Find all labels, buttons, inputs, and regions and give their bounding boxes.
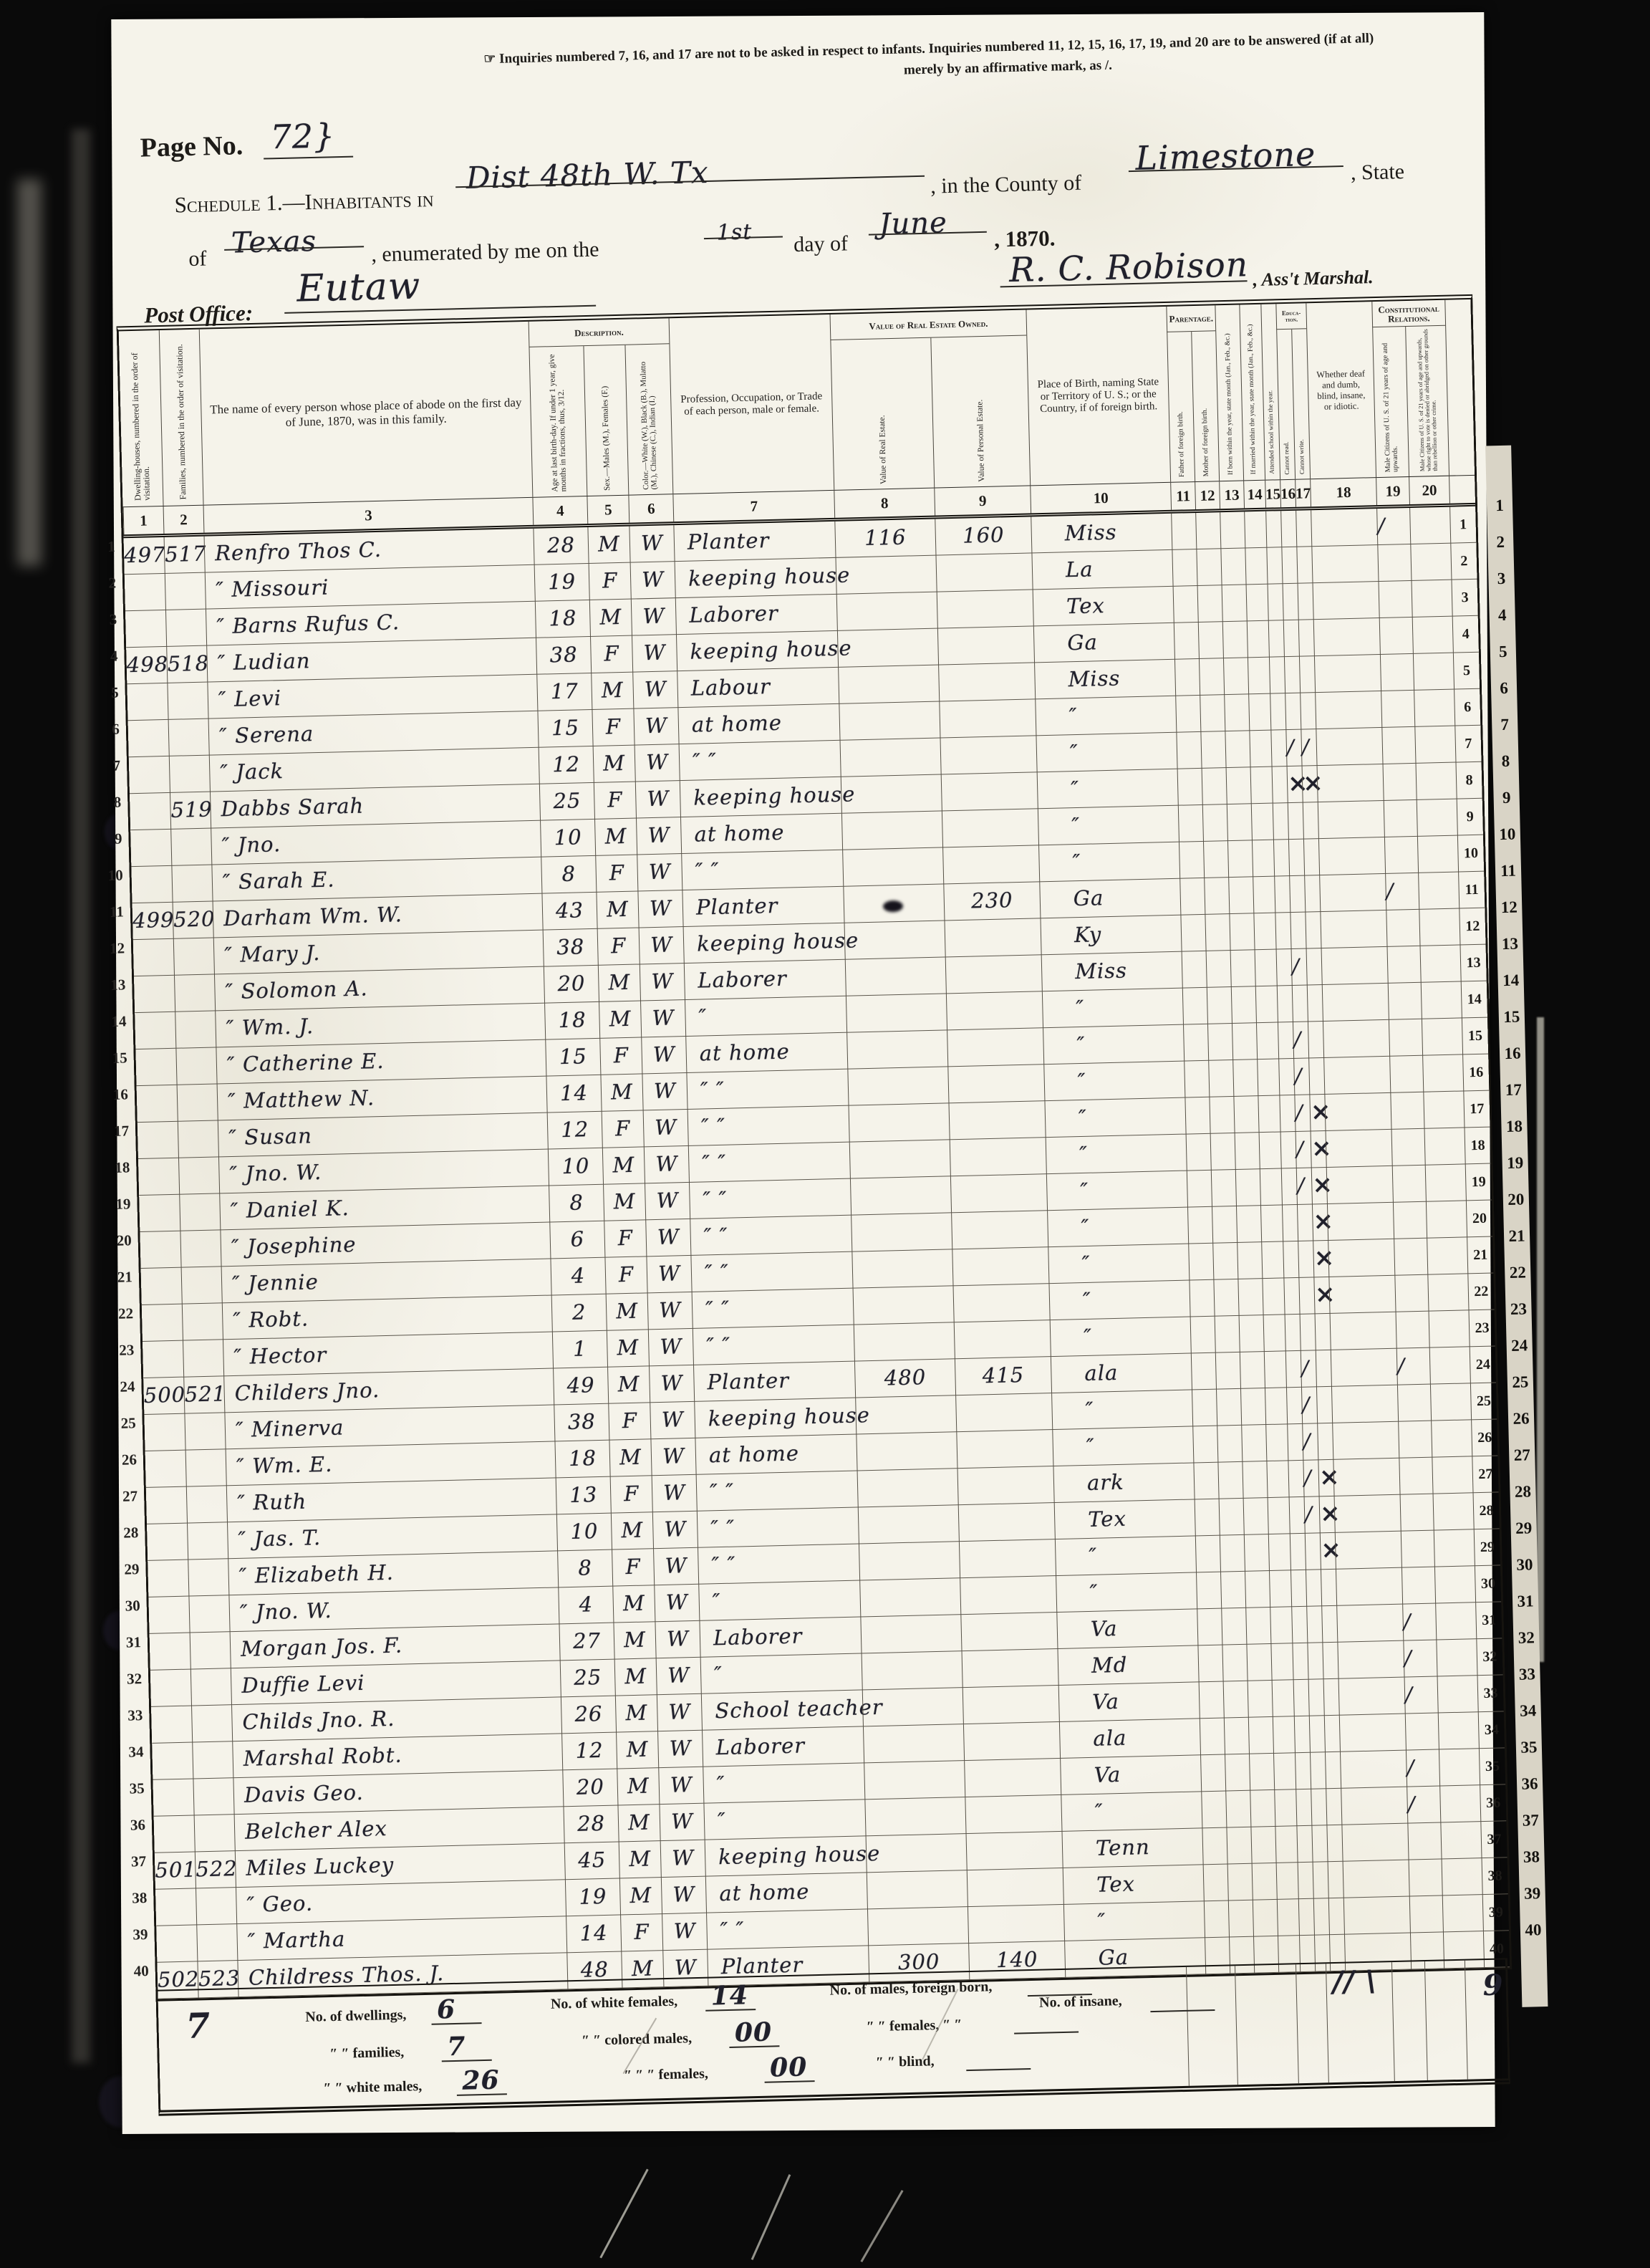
outer-line-number: 26 (1508, 1409, 1535, 1428)
cell-re (837, 629, 938, 668)
cell-col20 (1424, 1128, 1465, 1165)
summary-divider (1391, 1962, 1395, 2081)
cell-col11 (1173, 586, 1198, 623)
cell-col11 (1187, 1171, 1212, 1208)
cell-m16 (1285, 693, 1301, 730)
cell-col14 (1265, 1388, 1287, 1425)
cell-m17: × (1313, 1277, 1329, 1314)
cell-m17 (1300, 693, 1316, 729)
outer-line-number: 33 (1514, 1665, 1540, 1684)
column-number-5: 5 (587, 496, 629, 524)
cell-pe (952, 1247, 1048, 1286)
cell-pob: ″ (1046, 1171, 1187, 1211)
cell-col18 (1326, 1130, 1392, 1168)
cell-pe (963, 1722, 1060, 1761)
cell-occ: ″ ″ (698, 1544, 859, 1585)
cell-m17 (1303, 839, 1319, 875)
cell-col13 (1253, 1900, 1278, 1937)
cell-m16 (1306, 1570, 1321, 1606)
cell-re: 116 (834, 519, 935, 558)
cell-m16: / (1301, 1350, 1316, 1387)
cell-sex: F (610, 1476, 652, 1513)
column-header-19: Male Citizens of U. S. of 21 years of ag… (1372, 327, 1409, 477)
cell-f (196, 1924, 237, 1961)
cell-col12 (1220, 1572, 1245, 1609)
cell-d (156, 1925, 197, 1962)
cell-col18 (1323, 1057, 1390, 1095)
cell-col18 (1311, 509, 1377, 547)
cell-d (131, 866, 172, 903)
cell-re (845, 957, 946, 996)
column-title: Dwelling-houses, numbered in the order o… (130, 332, 152, 501)
cell-pe (947, 1065, 1044, 1103)
cell-m17 (1325, 1752, 1341, 1789)
cell-m19 (1379, 618, 1413, 655)
affirmative-slash-mark: / (1303, 1429, 1311, 1453)
cell-col11 (1190, 1317, 1215, 1354)
cell-age: 10 (556, 1514, 612, 1552)
summary-divider (1465, 1961, 1468, 2080)
cell-m16 (1292, 986, 1308, 1022)
cell-col13 (1245, 1571, 1270, 1608)
cell-m16: / (1291, 949, 1307, 986)
cell-line-number: 12 (1459, 908, 1485, 946)
column-header-12: Mother of foreign birth. (1191, 331, 1219, 481)
cell-sex: M (589, 600, 632, 637)
cell-col: W (661, 1877, 706, 1914)
cell-sex: M (591, 673, 633, 710)
cell-sex: M (614, 1658, 657, 1696)
column-header-7: Profession, Occupation, or Trade of each… (669, 314, 834, 494)
cell-line-number: 27 (1472, 1456, 1498, 1493)
cell-pob: ″ (1044, 1098, 1185, 1138)
cell-re (841, 775, 942, 814)
column-number-2: 2 (163, 506, 204, 534)
cell-f: 520 (173, 902, 213, 939)
cell-col: W (652, 1475, 697, 1512)
cell-sex: F (604, 1256, 647, 1294)
outer-line-number: 20 (1503, 1190, 1530, 1209)
insane-label: No. of insane, (1039, 1993, 1122, 2012)
cell-col11 (1183, 1024, 1208, 1062)
cell-m17 (1307, 985, 1323, 1022)
column-header-10: Place of Birth, naming State or Territor… (1026, 307, 1170, 486)
cell-f (190, 1632, 231, 1669)
column-title: Profession, Occupation, or Trade of each… (670, 314, 834, 494)
cell-m19: / (1402, 1604, 1436, 1641)
cell-col: W (650, 1402, 695, 1439)
cell-col18 (1343, 1860, 1409, 1898)
cell-pe (945, 955, 1042, 994)
cell-occ: Laborer (702, 1726, 864, 1767)
cell-pe (957, 1466, 1054, 1505)
cell-f (178, 1157, 219, 1194)
cell-col18 (1341, 1824, 1408, 1862)
cell-m19 (1394, 1239, 1427, 1276)
cell-m19 (1389, 1056, 1423, 1093)
left-line-number: 16 (100, 1085, 129, 1104)
column-title: Cannot read. (1281, 331, 1291, 475)
cell-col11 (1188, 1244, 1213, 1281)
cell-age: 15 (545, 1039, 600, 1077)
cell-m15 (1295, 1753, 1311, 1789)
cell-m19 (1381, 727, 1415, 764)
cell-sex: F (597, 928, 640, 966)
cell-col20 (1414, 690, 1454, 727)
cell-d (142, 1304, 183, 1342)
cell-age: 10 (548, 1148, 603, 1186)
cell-pe (942, 845, 1039, 884)
cell-m16 (1297, 1204, 1313, 1241)
cell-m15 (1286, 1388, 1302, 1424)
cell-re (838, 665, 939, 704)
cell-line-number: 9 (1457, 799, 1483, 836)
cell-col20 (1434, 1566, 1475, 1603)
cell-col14 (1263, 1315, 1285, 1352)
cell-col13 (1220, 511, 1245, 549)
cell-col13 (1236, 1206, 1261, 1243)
column-title: Father of foreign birth. (1176, 333, 1187, 477)
cell-f (170, 829, 211, 866)
cell-m15 (1298, 1899, 1314, 1936)
cell-col18 (1334, 1495, 1401, 1533)
cell-col20 (1419, 909, 1460, 946)
outer-line-number: 7 (1492, 716, 1518, 735)
cell-f (183, 1340, 223, 1377)
cell-m17 (1316, 1387, 1332, 1423)
cell-f: 521 (183, 1376, 224, 1413)
cell-m15 (1279, 1095, 1295, 1132)
cell-pe (950, 1174, 1047, 1213)
cell-m19: / (1407, 1786, 1440, 1823)
cell-col12 (1225, 1791, 1250, 1828)
cell-pe (940, 736, 1036, 774)
page-number-label: Page No. (140, 130, 243, 163)
cell-col14 (1253, 913, 1275, 951)
cell-re (859, 1578, 960, 1617)
cell-sex: F (589, 563, 631, 600)
cell-age: 19 (565, 1879, 620, 1917)
cell-m19 (1392, 1166, 1426, 1203)
cell-line-number: 32 (1476, 1638, 1502, 1676)
cell-m17 (1298, 583, 1313, 620)
cell-re (866, 1834, 967, 1873)
summary-label: ″ ″ white males, (323, 2078, 422, 2097)
cell-age: 20 (544, 966, 599, 1004)
cell-re (854, 1322, 955, 1361)
column-title: If married within the year, state month … (1247, 306, 1258, 474)
cell-m17: / (1301, 729, 1316, 766)
cell-f: 518 (166, 646, 207, 683)
cell-d: 498 (126, 647, 167, 684)
left-line-number: 7 (92, 756, 121, 775)
cell-occ: ″ ″ (689, 1179, 851, 1219)
cell-re (844, 921, 945, 959)
cell-age: 28 (563, 1806, 618, 1844)
outer-line-number: 30 (1512, 1555, 1538, 1575)
cell-m16 (1284, 657, 1300, 693)
cell-m17 (1308, 1058, 1324, 1095)
outer-line-number: 1 (1487, 496, 1513, 516)
cell-line-number: 11 (1458, 872, 1485, 909)
left-line-number: 25 (107, 1414, 136, 1433)
cell-m16: × (1287, 767, 1303, 803)
cell-col20 (1442, 1858, 1482, 1895)
cell-col: W (650, 1438, 695, 1476)
cell-pob: Tex (1033, 587, 1174, 627)
cell-col18 (1324, 1093, 1391, 1131)
cell-col20 (1435, 1603, 1476, 1640)
cell-age: 8 (549, 1185, 604, 1223)
outer-line-number: 29 (1510, 1519, 1537, 1538)
cell-col13 (1244, 1534, 1269, 1572)
cell-m15 (1270, 693, 1285, 730)
cell-col18 (1328, 1276, 1395, 1314)
cell-col20 (1412, 617, 1453, 654)
cell-m15 (1287, 1424, 1303, 1461)
cell-age: 13 (556, 1477, 611, 1515)
cell-re (847, 1067, 948, 1105)
outer-line-number: 11 (1495, 861, 1522, 880)
cell-col12 (1222, 1645, 1247, 1682)
cell-m19: / (1404, 1677, 1438, 1714)
cell-m15 (1276, 949, 1292, 986)
cell-m16: / (1303, 1460, 1318, 1496)
cell-sex: F (590, 636, 632, 673)
cell-col11 (1184, 1061, 1209, 1098)
cell-d: 499 (132, 903, 173, 940)
cell-m19: / (1403, 1640, 1437, 1678)
cell-col14 (1268, 1497, 1290, 1534)
cell-pob: ″ (1055, 1536, 1196, 1576)
cell-col14 (1255, 950, 1277, 987)
cell-col: W (641, 1037, 686, 1074)
cell-re (862, 1651, 962, 1690)
cell-line-number: 21 (1467, 1237, 1493, 1274)
cell-line-number: 17 (1463, 1091, 1490, 1128)
cell-col: W (659, 1804, 704, 1841)
cell-col12 (1198, 622, 1223, 659)
cell-re (864, 1761, 965, 1799)
cell-d (140, 1231, 180, 1269)
cell-m19 (1387, 946, 1421, 984)
cell-re (857, 1469, 958, 1507)
cell-m17 (1299, 656, 1315, 693)
cell-age: 45 (564, 1842, 619, 1880)
cell-col12 (1226, 1827, 1251, 1865)
cell-m15 (1285, 1351, 1301, 1388)
month-underline (869, 220, 987, 236)
cell-m17: × (1318, 1460, 1333, 1496)
cell-m15 (1283, 1278, 1299, 1315)
cell-pob: ″ (1035, 696, 1176, 736)
cell-col20 (1416, 763, 1457, 800)
affirmative-slash-mark: / (1405, 1682, 1414, 1706)
cell-age: 12 (539, 746, 594, 784)
column-header-8: Value of Real Estate. (830, 338, 934, 490)
cell-re (855, 1395, 956, 1434)
cell-col11 (1176, 732, 1201, 769)
cell-d (141, 1268, 182, 1305)
cell-d (148, 1560, 188, 1597)
cell-m17: × (1311, 1168, 1327, 1204)
cell-f (181, 1267, 222, 1304)
cell-occ: ″ ″ (679, 741, 841, 781)
cell-col13 (1227, 804, 1252, 841)
cell-col12 (1205, 914, 1230, 951)
cell-f (190, 1668, 231, 1706)
cell-f (177, 1084, 218, 1121)
cell-col18 (1321, 947, 1388, 985)
cell-sex: M (603, 1183, 645, 1221)
cell-col20 (1440, 1822, 1481, 1859)
cell-col14 (1273, 1753, 1296, 1790)
cell-col11 (1201, 1792, 1226, 1829)
cell-col13 (1242, 1461, 1267, 1499)
cell-col11 (1186, 1134, 1211, 1171)
cell-col18 (1311, 545, 1378, 583)
cell-col20 (1421, 981, 1462, 1019)
cell-col20 (1426, 1201, 1467, 1238)
cell-m17 (1316, 1350, 1331, 1387)
cell-line-number: 14 (1461, 981, 1487, 1019)
cell-col12 (1207, 987, 1232, 1024)
cell-d (134, 976, 175, 1013)
cell-m19 (1379, 581, 1412, 618)
cell-col14 (1247, 621, 1269, 658)
cell-col18 (1314, 655, 1381, 693)
census-page: ☞ Inquiries numbered 7, 16, and 17 are n… (111, 12, 1495, 2134)
outer-line-number: 18 (1501, 1117, 1528, 1136)
cell-col14 (1265, 1424, 1288, 1461)
cell-col20 (1429, 1310, 1470, 1347)
cell-line-number: 6 (1454, 689, 1480, 726)
cell-occ: Labour (677, 668, 839, 708)
cell-line-number: 28 (1473, 1492, 1500, 1529)
cell-m15 (1283, 1241, 1298, 1278)
cell-d (139, 1195, 180, 1232)
summary-divider (1326, 1964, 1329, 2082)
summary-blank (457, 2082, 507, 2096)
cell-col18 (1318, 837, 1385, 875)
cell-age: 38 (543, 929, 598, 967)
cell-col13 (1241, 1425, 1266, 1462)
cell-pob: Ga (1033, 623, 1174, 663)
cell-pob: ″ (1036, 733, 1177, 773)
cell-re (853, 1286, 954, 1325)
cell-col18 (1340, 1751, 1407, 1789)
cell-pe (962, 1686, 1059, 1724)
cell-occ: at home (677, 704, 839, 744)
cell-pob: ″ (1047, 1208, 1188, 1248)
cell-d (151, 1706, 192, 1744)
cell-pob: Tex (1054, 1499, 1195, 1539)
cell-age: 26 (561, 1696, 616, 1734)
cell-line-number: 24 (1470, 1346, 1496, 1383)
summary-label: ″ ″ blind, (876, 2053, 935, 2071)
cell-col18 (1333, 1459, 1399, 1496)
affirmative-slash-mark: / (1302, 734, 1311, 759)
cell-m15 (1281, 1168, 1297, 1205)
cell-col: W (662, 1913, 707, 1951)
outer-line-number: 4 (1489, 606, 1515, 625)
cell-age: 8 (557, 1550, 612, 1588)
cell-col18 (1336, 1568, 1402, 1606)
cell-d (137, 1122, 178, 1159)
cell-col11 (1182, 988, 1207, 1025)
cell-pob: ″ (1051, 1390, 1192, 1430)
cell-col: W (632, 671, 677, 708)
cell-col18 (1313, 582, 1379, 620)
column-number-16: 16 (1280, 480, 1296, 507)
affirmative-slash-mark: / (1386, 879, 1394, 903)
cell-line-number: 33 (1477, 1675, 1504, 1712)
left-line-number: 22 (105, 1304, 134, 1323)
cell-col14 (1249, 731, 1271, 768)
cell-age: 20 (562, 1769, 617, 1807)
cell-pob: Va (1056, 1609, 1197, 1649)
cell-col13 (1248, 1681, 1273, 1718)
cell-col18 (1336, 1605, 1403, 1643)
cell-line-number: 31 (1475, 1602, 1502, 1639)
cell-pob: Miss (1034, 660, 1175, 700)
column-title: Attended school within the year. (1265, 305, 1276, 474)
outer-line-number: 15 (1499, 1007, 1525, 1027)
cell-m19: / (1376, 508, 1410, 545)
cell-col: W (658, 1767, 703, 1805)
cell-m17: × (1311, 1131, 1326, 1168)
cell-m15 (1290, 1534, 1306, 1570)
cell-col11 (1180, 915, 1205, 952)
cell-pob: ″ (1048, 1281, 1190, 1321)
cell-occ: Planter (673, 522, 835, 562)
column-number-10: 10 (1030, 483, 1171, 514)
outer-line-number: 35 (1516, 1738, 1543, 1757)
cell-d (125, 574, 165, 611)
cell-col12 (1200, 695, 1225, 732)
page-content: ☞ Inquiries numbered 7, 16, and 17 are n… (90, 0, 1512, 2134)
cell-re (851, 1213, 952, 1251)
cell-col18 (1332, 1422, 1399, 1460)
cell-d (129, 756, 170, 794)
cell-col18 (1331, 1385, 1398, 1423)
cell-m15 (1278, 1022, 1293, 1059)
cell-col20 (1425, 1164, 1466, 1201)
cell-pob: ″ (1043, 1025, 1184, 1065)
left-line-number: 36 (117, 1816, 146, 1835)
cell-pob: Miss (1041, 952, 1182, 992)
affirmative-slash-mark: / (1404, 1645, 1413, 1670)
cell-d (130, 830, 171, 867)
cell-m17 (1303, 802, 1318, 839)
cell-sex: M (616, 1731, 658, 1769)
cell-col14 (1270, 1607, 1292, 1644)
cell-m15 (1288, 1461, 1303, 1497)
cell-col20 (1417, 799, 1457, 837)
cell-f (178, 1120, 218, 1158)
cell-col18 (1331, 1349, 1397, 1387)
cell-age: 38 (554, 1404, 609, 1442)
cell-pob: ″ (1056, 1572, 1197, 1613)
enumerated-label: , enumerated by me on the (371, 238, 599, 267)
cell-col18 (1338, 1678, 1405, 1716)
cell-sex: M (609, 1439, 651, 1476)
cell-m16 (1308, 1679, 1324, 1716)
column-number-15: 15 (1265, 480, 1280, 507)
cell-m15 (1282, 1205, 1298, 1241)
summary-blank (1014, 2019, 1079, 2034)
left-line-number: 15 (98, 1049, 127, 1067)
